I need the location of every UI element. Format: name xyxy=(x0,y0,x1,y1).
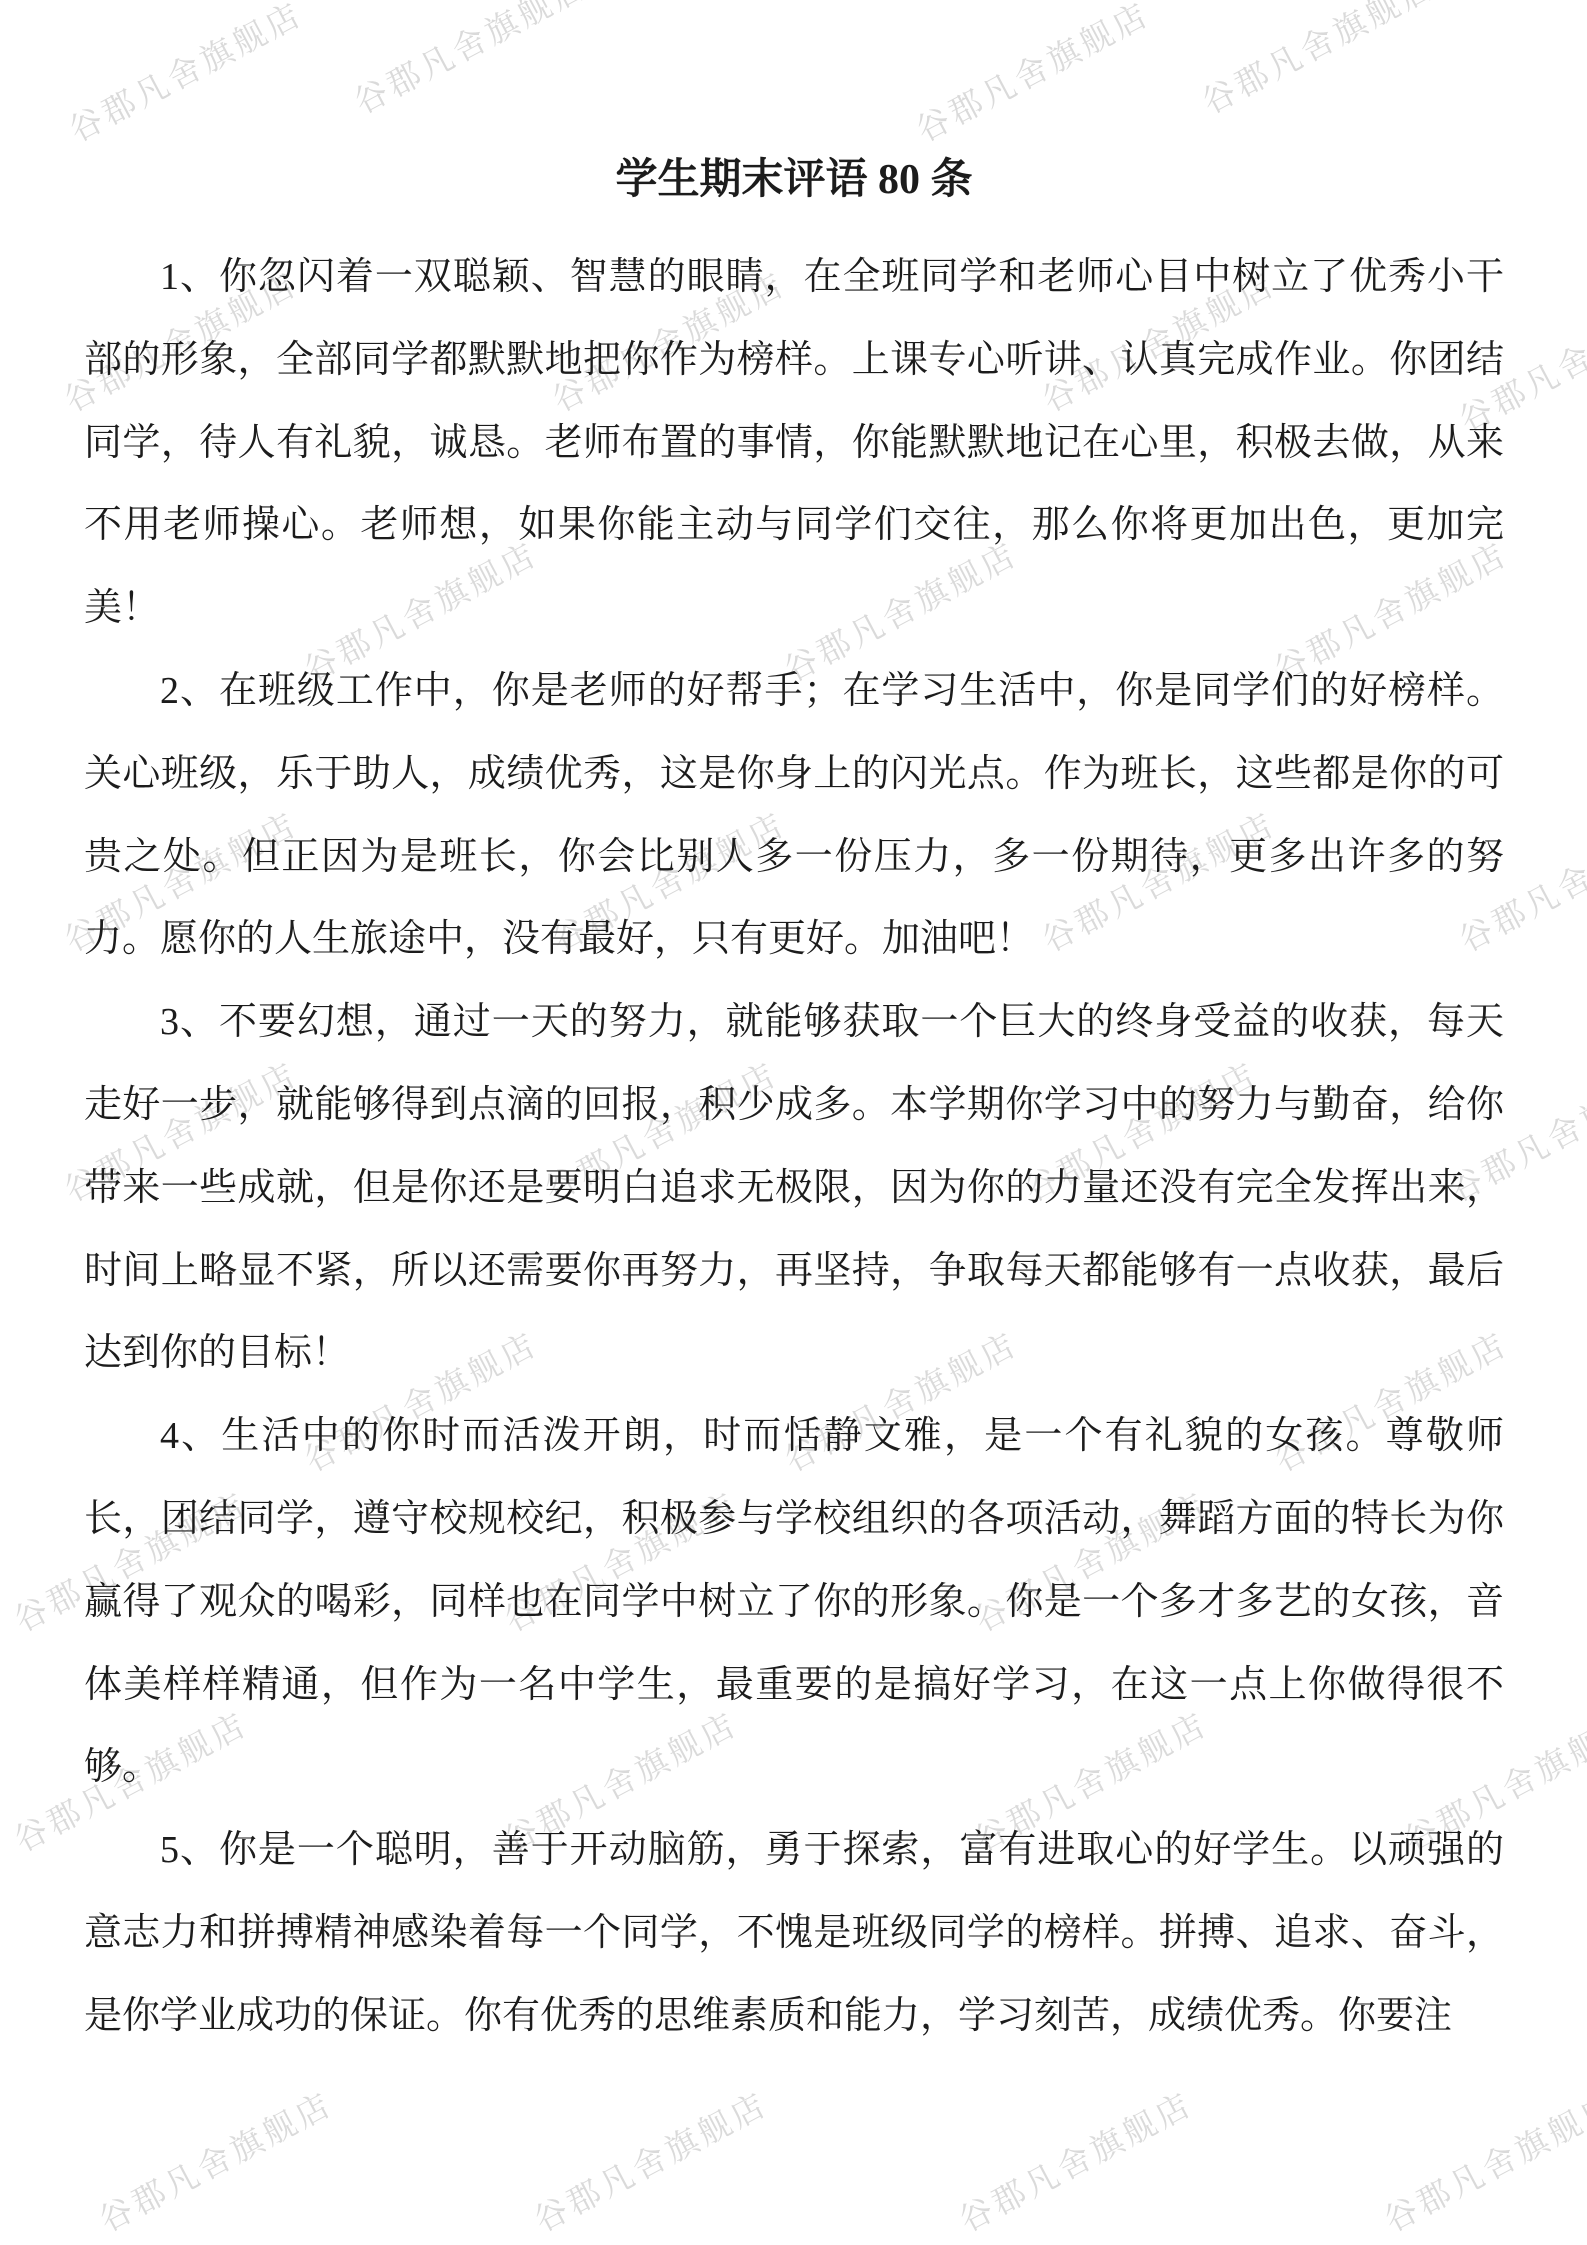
paragraph-4: 4、生活中的你时而活泼开朗，时而恬静文雅，是一个有礼貌的女孩。尊敬师长，团结同学… xyxy=(84,1395,1504,1809)
watermark-text: 谷郡凡舍旗舰店 xyxy=(1375,2078,1587,2241)
watermark-text: 谷郡凡舍旗舰店 xyxy=(345,0,596,124)
paragraph-3: 3、不要幻想，通过一天的努力，就能够获取一个巨大的终身受益的收获，每天走好一步，… xyxy=(84,981,1504,1395)
document-content: 学生期末评语 80 条 1、你忽闪着一双聪颖、智慧的眼睛，在全班同学和老师心目中… xyxy=(84,150,1504,2058)
watermark-text: 谷郡凡舍旗舰店 xyxy=(60,0,311,152)
paragraph-1: 1、你忽闪着一双聪颖、智慧的眼睛，在全班同学和老师心目中树立了优秀小干部的形象，… xyxy=(84,236,1504,650)
watermark-text: 谷郡凡舍旗舰店 xyxy=(90,2078,341,2241)
document-page: 谷郡凡舍旗舰店 谷郡凡舍旗舰店 谷郡凡舍旗舰店 谷郡凡舍旗舰店 谷郡凡舍旗舰店 … xyxy=(0,0,1587,2245)
paragraph-5: 5、你是一个聪明，善于开动脑筋，勇于探索，富有进取心的好学生。以顽强的意志力和拼… xyxy=(84,1809,1504,2057)
paragraph-2: 2、在班级工作中，你是老师的好帮手；在学习生活中，你是同学们的好榜样。关心班级，… xyxy=(84,650,1504,981)
watermark-text: 谷郡凡舍旗舰店 xyxy=(950,2078,1201,2241)
watermark-text: 谷郡凡舍旗舰店 xyxy=(907,0,1158,152)
watermark-text: 谷郡凡舍旗舰店 xyxy=(525,2078,776,2241)
document-title: 学生期末评语 80 条 xyxy=(84,150,1504,210)
watermark-text: 谷郡凡舍旗舰店 xyxy=(1193,0,1444,124)
